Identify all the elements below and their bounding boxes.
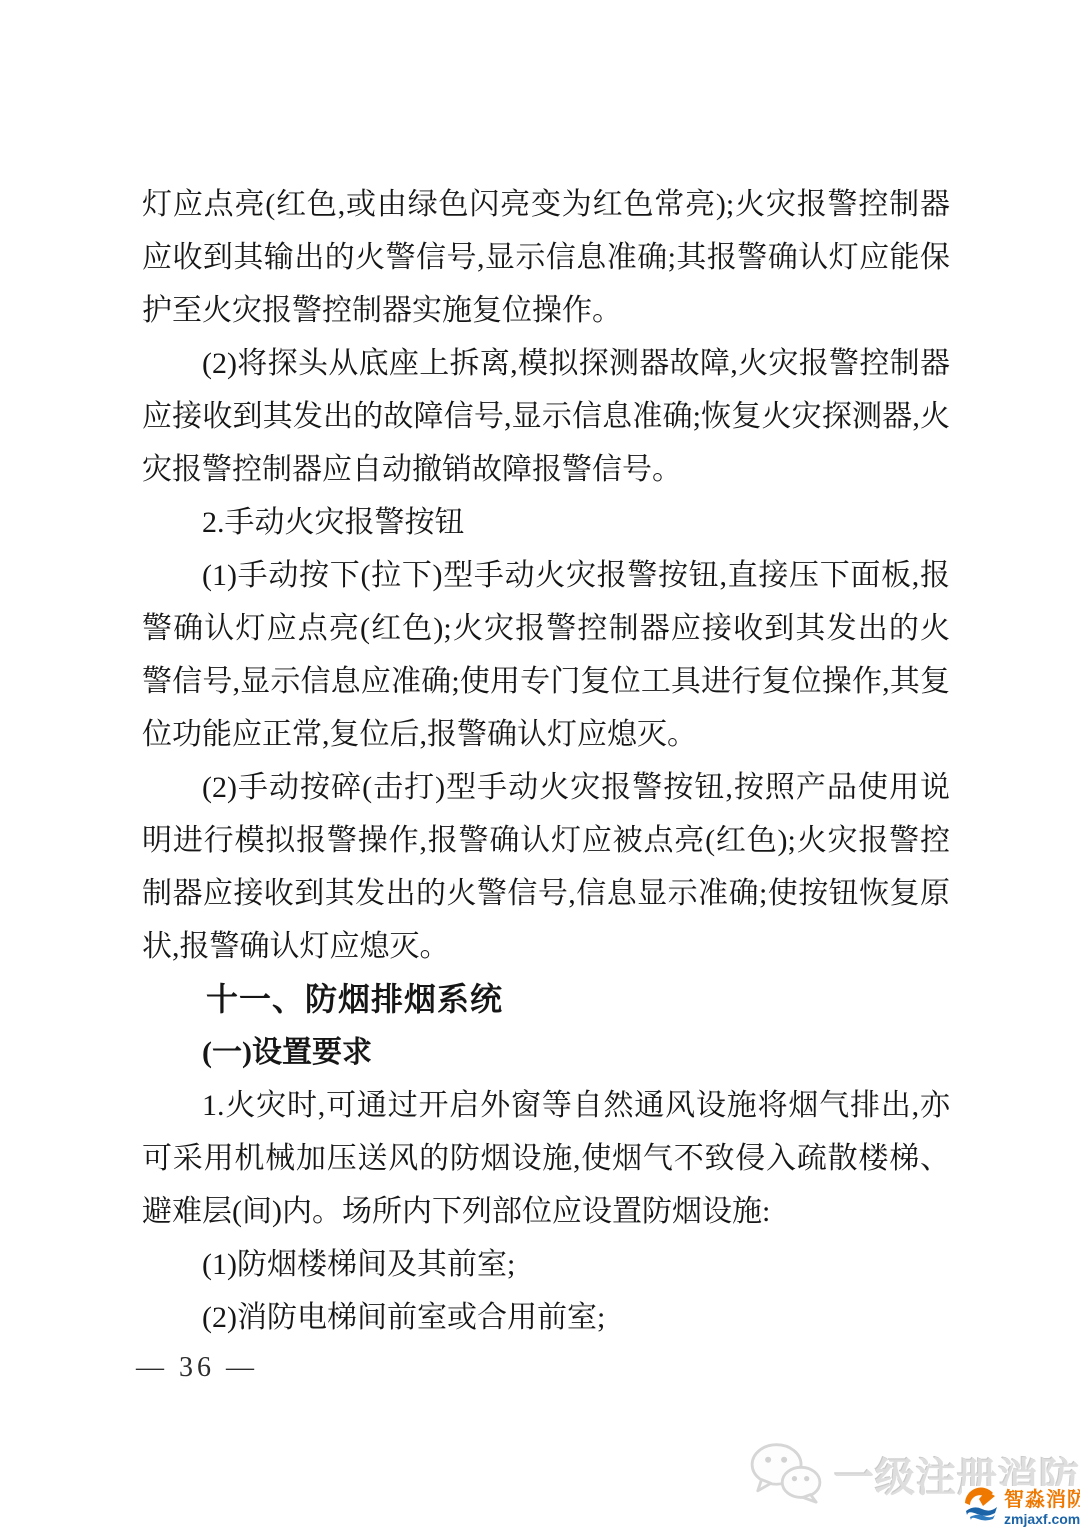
wechat-icon — [748, 1440, 824, 1509]
paragraph: 2.手动火灾报警按钮 — [142, 496, 950, 549]
section-heading: 十一、防烟排烟系统 — [142, 973, 950, 1026]
page-number: — 36 — — [136, 1352, 258, 1384]
paragraph: (1)手动按下(拉下)型手动火灾报警按钮,直接压下面板,报警确认灯应点亮(红色)… — [142, 549, 950, 761]
brand-badge: 智淼消防 zmjaxf.com — [962, 1486, 1080, 1527]
zhimiao-logo-icon — [962, 1486, 1000, 1527]
section-heading: (一)设置要求 — [142, 1026, 950, 1079]
paragraph: (2)将探头从底座上拆离,模拟探测器故障,火灾报警控制器应接收到其发出的故障信号… — [142, 337, 950, 496]
paragraph: (2)消防电梯间前室或合用前室; — [142, 1291, 950, 1344]
document-body: 灯应点亮(红色,或由绿色闪亮变为红色常亮);火灾报警控制器应收到其输出的火警信号… — [142, 178, 950, 1344]
paragraph: (2)手动按碎(击打)型手动火灾报警按钮,按照产品使用说明进行模拟报警操作,报警… — [142, 761, 950, 973]
paragraph: (1)防烟楼梯间及其前室; — [142, 1238, 950, 1291]
brand-domain: zmjaxf.com — [1004, 1512, 1080, 1526]
document-page: 灯应点亮(红色,或由绿色闪亮变为红色常亮);火灾报警控制器应收到其输出的火警信号… — [0, 0, 1080, 1527]
paragraph: 1.火灾时,可通过开启外窗等自然通风设施将烟气排出,亦可采用机械加压送风的防烟设… — [142, 1079, 950, 1238]
brand-title: 智淼消防 — [1004, 1490, 1080, 1510]
paragraph: 灯应点亮(红色,或由绿色闪亮变为红色常亮);火灾报警控制器应收到其输出的火警信号… — [142, 178, 950, 337]
